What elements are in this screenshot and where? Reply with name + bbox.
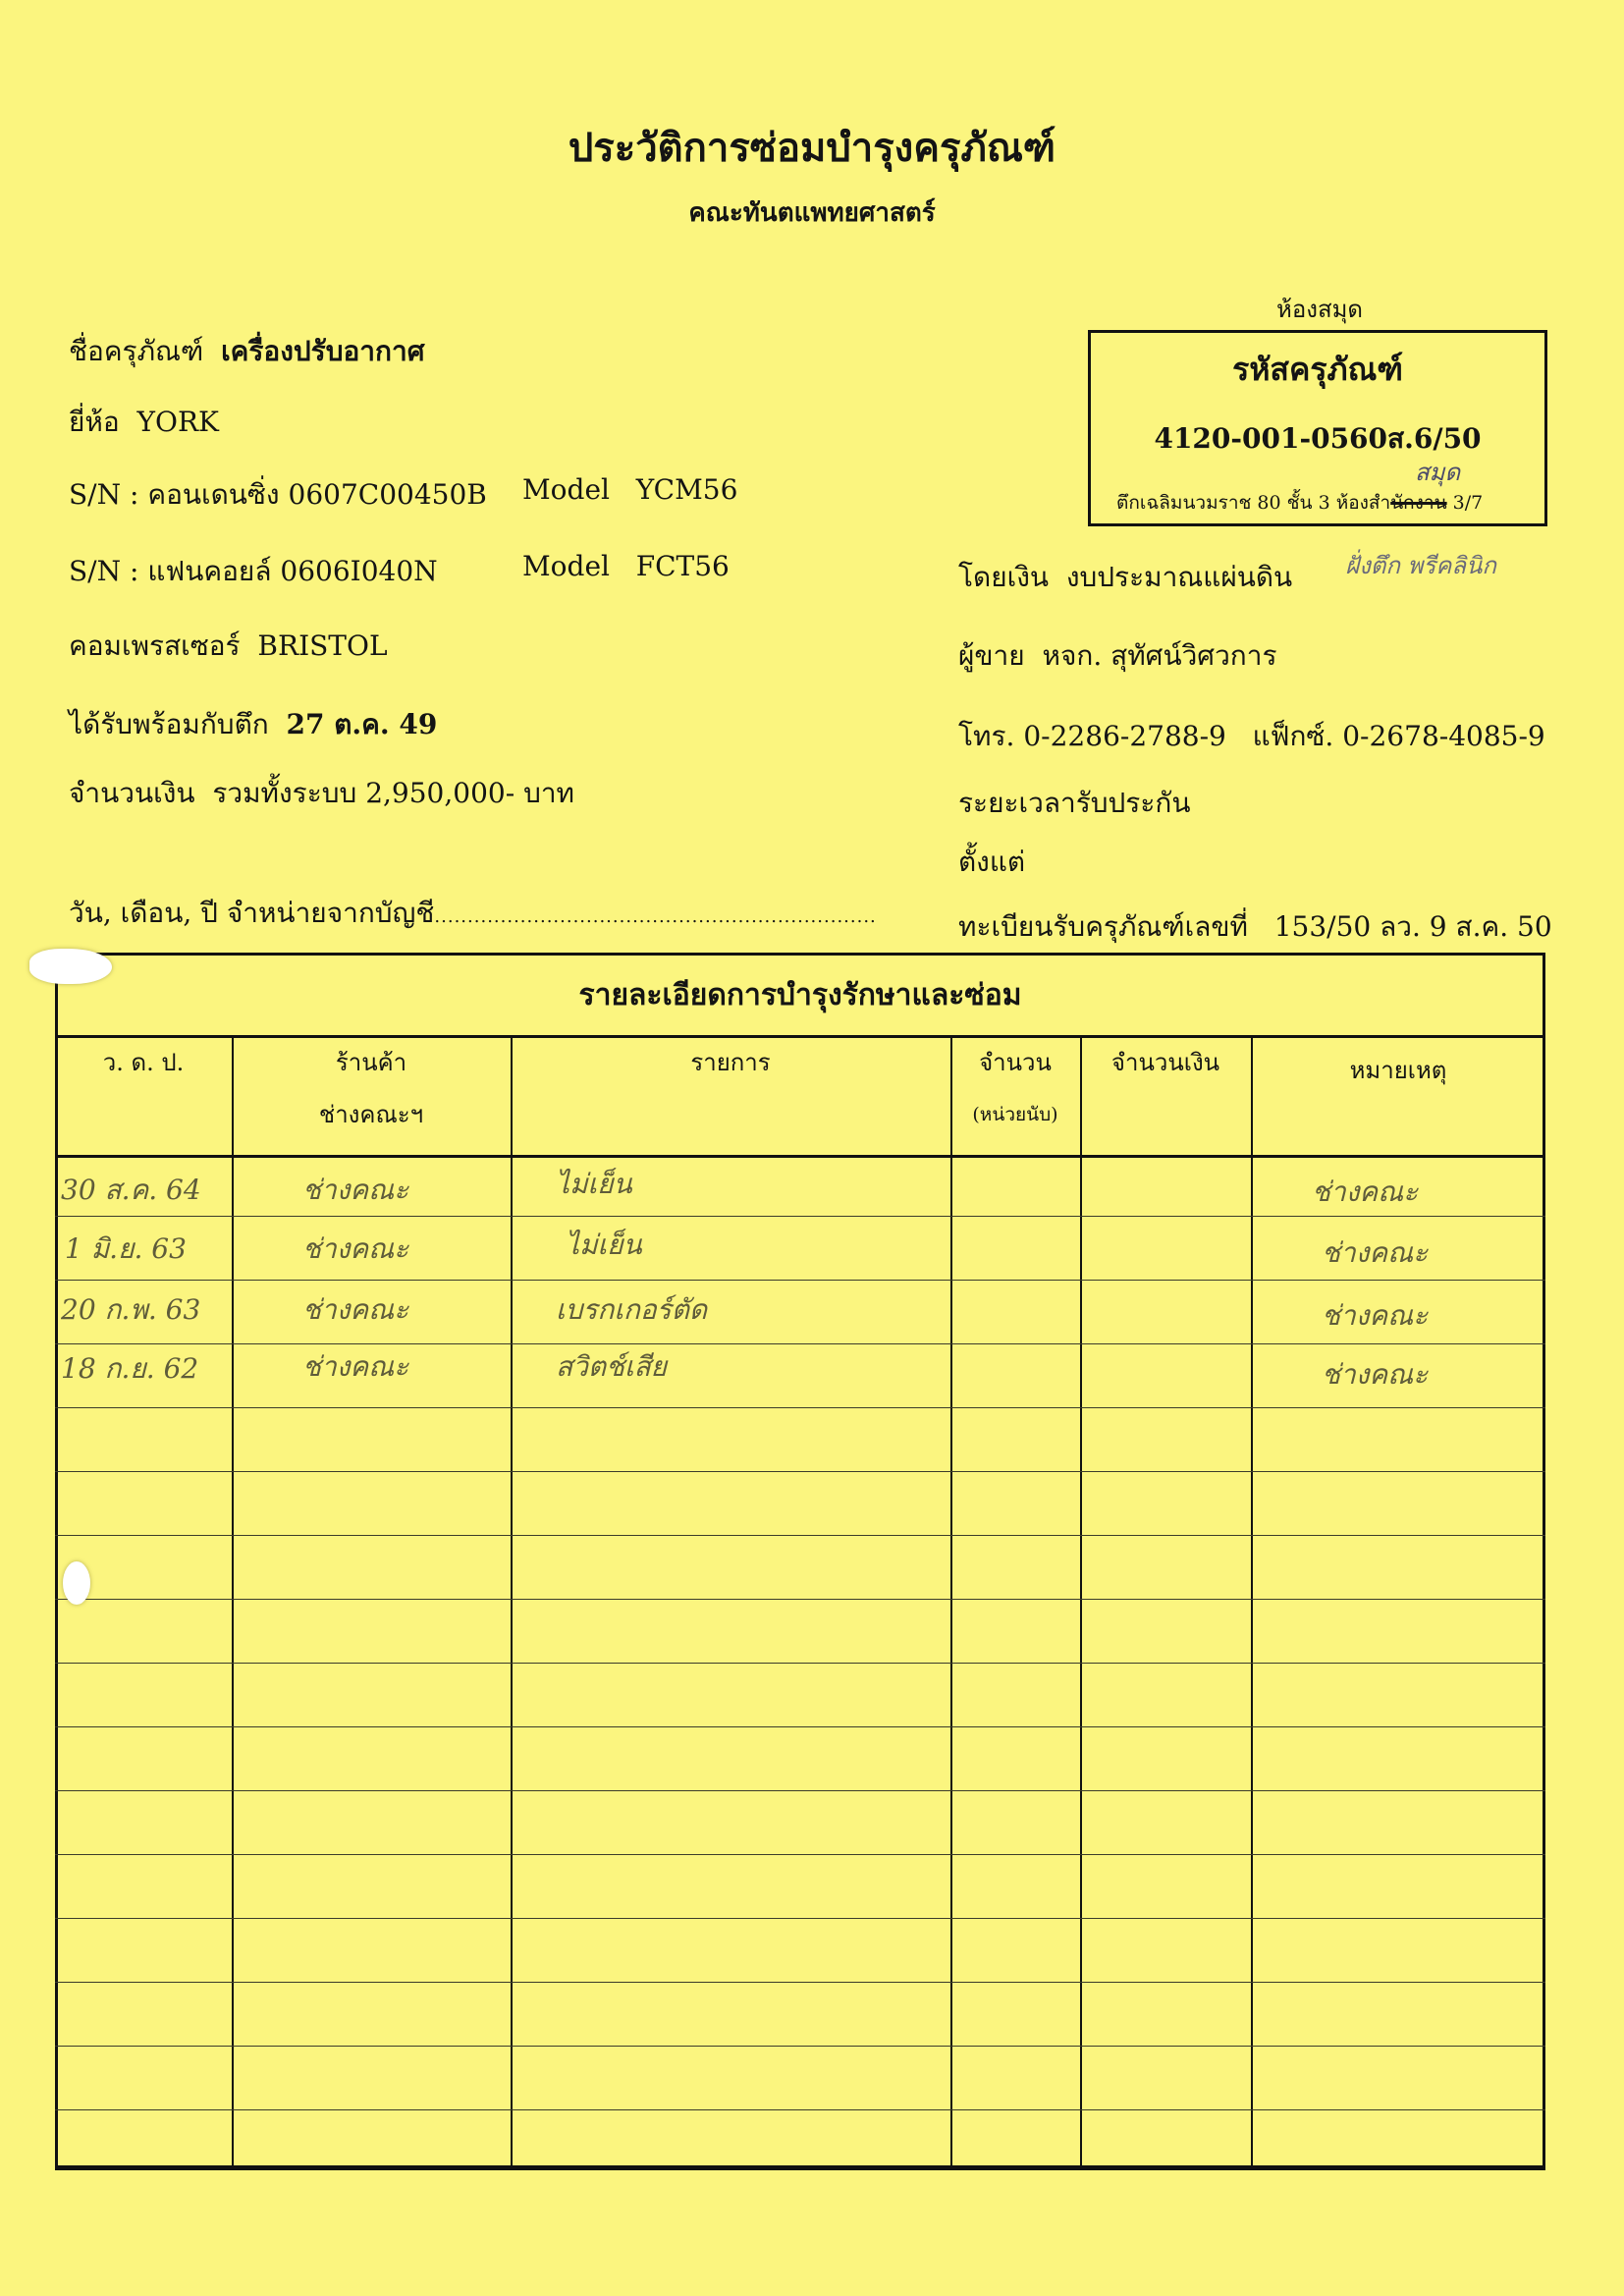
funding-value: งบประมาณแผ่นดิน [1066,561,1292,593]
amount-value: รวมทั้งระบบ 2,950,000- บาท [212,777,574,809]
asset-name-label: ชื่อครุภัณฑ์ [69,335,203,367]
seller-label: ผู้ขาย [958,639,1025,672]
column-header-amount: จำนวนเงิน [1080,1043,1251,1081]
serial-fancoil-label: S/N : แฟนคอยล์ [69,555,271,587]
compressor-label: คอมเพรสเซอร์ [69,629,241,662]
row-item: สวิตช์เสีย [556,1345,939,1389]
row-divider [55,1535,1545,1536]
row-divider [55,1599,1545,1600]
row-note: ช่างคณะ [1322,1353,1538,1396]
column-divider [232,1037,234,2170]
received-label: ได้รับพร้อมกับตึก [69,708,269,740]
column-divider [1080,1037,1082,2170]
row-item: เบรกเกอร์ตัด [556,1288,939,1332]
disposal-date-field: วัน, เดือน, ปี จำหน่ายจากบัญชี..........… [69,892,877,935]
row-divider [55,2109,1545,2110]
header-item-label: รายการ [511,1043,950,1081]
column-header-item: รายการ [511,1043,950,1081]
row-item: ไม่เย็น [566,1224,948,1267]
row-divider [55,1854,1545,1855]
compressor-value: BRISTOL [257,629,387,662]
registry-value: 153/50 ลว. 9 ส.ค. 50 [1274,910,1552,943]
funding-label: โดยเงิน [958,561,1049,593]
row-note: ช่างคณะ [1322,1231,1538,1275]
row-divider [55,1918,1545,1919]
asset-code-box: รหัสครุภัณฑ์ 4120-001-0560ส.6/50 สมุด ตึ… [1088,330,1547,526]
column-divider [511,1037,513,2170]
title-divider [55,1035,1545,1038]
asset-code-label: รหัสครุภัณฑ์ [1091,345,1544,395]
seller-field: ผู้ขาย หจก. สุทัศน์วิศวการ [958,634,1277,678]
punch-hole [63,1561,90,1605]
fax-label: แฟ็กซ์. [1253,720,1334,752]
model-label: Model [522,473,610,506]
brand-label: ยี่ห้อ [69,406,120,438]
asset-name-value: เครื่องปรับอากาศ [221,335,424,367]
row-item: ไม่เย็น [556,1163,939,1206]
received-value: 27 ต.ค. 49 [287,708,438,740]
location-struck-text: ำนักงาน [1390,492,1446,514]
row-note: ช่างคณะ [1322,1294,1538,1338]
header-quantity-label: จำนวน [950,1043,1080,1081]
row-date: 20 ก.พ. 63 [61,1288,228,1332]
row-divider [55,1280,1545,1281]
row-shop: ช่างคณะ [302,1345,499,1389]
compressor-field: คอมเพรสเซอร์ BRISTOL [69,625,388,668]
row-divider [55,1343,1545,1344]
fax-value: 0-2678-4085-9 [1342,720,1545,752]
phone-label: โทร. [958,720,1014,752]
contact-field: โทร. 0-2286-2788-9 แฟ็กซ์. 0-2678-4085-9 [958,715,1545,758]
model-fancoil-value: FCT56 [636,550,730,582]
row-date: 30 ส.ค. 64 [61,1169,228,1212]
column-header-quantity: จำนวน (หน่วยนับ) [950,1043,1080,1129]
row-date: 18 ก.ย. 62 [61,1347,228,1391]
row-divider [55,2046,1545,2047]
model-condensing-field: Model YCM56 [522,473,737,506]
model-fancoil-field: Model FCT56 [522,550,730,582]
faculty-name: คณะทันตแพทยศาสตร์ [0,192,1624,233]
asset-location: ตึกเฉลิมนวมราช 80 ชั้น 3 ห้องสำนักงาน 3/… [1116,488,1483,518]
row-divider [55,1982,1545,1983]
serial-fancoil-value: 0606I040N [280,555,437,587]
model-condensing-value: YCM56 [636,473,738,506]
disposal-label: วัน, เดือน, ปี จำหน่ายจากบัญชี [69,897,434,929]
seller-value: หจก. สุทัศน์วิศวการ [1043,639,1277,672]
row-divider [55,1216,1545,1217]
table-border [55,953,1545,2170]
disposal-blank: ........................................… [434,906,876,927]
row-divider [55,1790,1545,1791]
column-divider [950,1037,952,2170]
header-shop-label: ร้านค้า [232,1043,511,1081]
asset-code-value: 4120-001-0560ส.6/50 [1091,417,1544,461]
maintenance-table: รายละเอียดการบำรุงรักษาและซ่อม ว. ด. ป. … [55,953,1545,2170]
header-divider [55,1155,1545,1158]
row-shop: ช่างคณะ [302,1228,499,1271]
header-quantity-unit: (หน่วยนับ) [972,1104,1057,1125]
received-field: ได้รับพร้อมกับตึก 27 ต.ค. 49 [69,703,437,746]
header-amount-label: จำนวนเงิน [1080,1043,1251,1081]
asset-name-field: ชื่อครุภัณฑ์ เครื่องปรับอากาศ [69,330,424,373]
location-suffix: 3/7 [1447,492,1484,514]
header-remarks-label: หมายเหตุ [1251,1051,1545,1089]
funding-field: โดยเงิน งบประมาณแผ่นดิน [958,556,1292,599]
model-label: Model [522,550,610,582]
row-divider [55,1407,1545,1408]
row-divider [55,1471,1545,1472]
table-title: รายละเอียดการบำรุงรักษาและซ่อม [55,972,1545,1018]
registry-field: ทะเบียนรับครุภัณฑ์เลขที่ 153/50 ลว. 9 ส.… [958,905,1552,949]
header-date-label: ว. ด. ป. [55,1043,232,1081]
column-header-shop: ร้านค้า ช่างคณะฯ [232,1043,511,1133]
serial-condensing-label: S/N : คอนเดนซิ่ง [69,478,280,511]
serial-condensing-field: S/N : คอนเดนซิ่ง 0607C00450B [69,473,487,517]
phone-value: 0-2286-2788-9 [1023,720,1226,752]
row-date: 1 มิ.ย. 63 [65,1228,232,1271]
location-handwritten-correction: สมุด [1415,453,1460,491]
row-divider [55,1726,1545,1727]
funding-handwritten-note: ฝั่งตึก พรีคลินิก [1345,546,1496,584]
row-shop: ช่างคณะ [302,1169,499,1212]
row-note: ช่างคณะ [1312,1171,1538,1214]
serial-condensing-value: 0607C00450B [289,478,487,511]
column-header-date: ว. ด. ป. [55,1043,232,1081]
column-divider [1251,1037,1253,2170]
row-divider [55,1663,1545,1664]
amount-label: จำนวนเงิน [69,777,195,809]
registry-label: ทะเบียนรับครุภัณฑ์เลขที่ [958,910,1248,943]
row-shop: ช่างคณะ [302,1288,499,1332]
brand-field: ยี่ห้อ YORK [69,401,219,444]
brand-value: YORK [137,406,219,438]
amount-field: จำนวนเงิน รวมทั้งระบบ 2,950,000- บาท [69,772,574,815]
serial-fancoil-field: S/N : แฟนคอยล์ 0606I040N [69,550,438,593]
room-label: ห้องสมุด [1276,290,1363,328]
column-header-remarks: หมายเหตุ [1251,1051,1545,1089]
header-shop-sublabel: ช่างคณะฯ [232,1095,511,1133]
warranty-label: ระยะเวลารับประกัน [958,782,1190,825]
location-prefix: ตึกเฉลิมนวมราช 80 ชั้น 3 ห้องส [1116,492,1390,514]
punch-hole [29,949,112,984]
form-title: ประวัติการซ่อมบำรุงครุภัณฑ์ [0,116,1624,179]
warranty-since-label: ตั้งแต่ [958,841,1025,884]
